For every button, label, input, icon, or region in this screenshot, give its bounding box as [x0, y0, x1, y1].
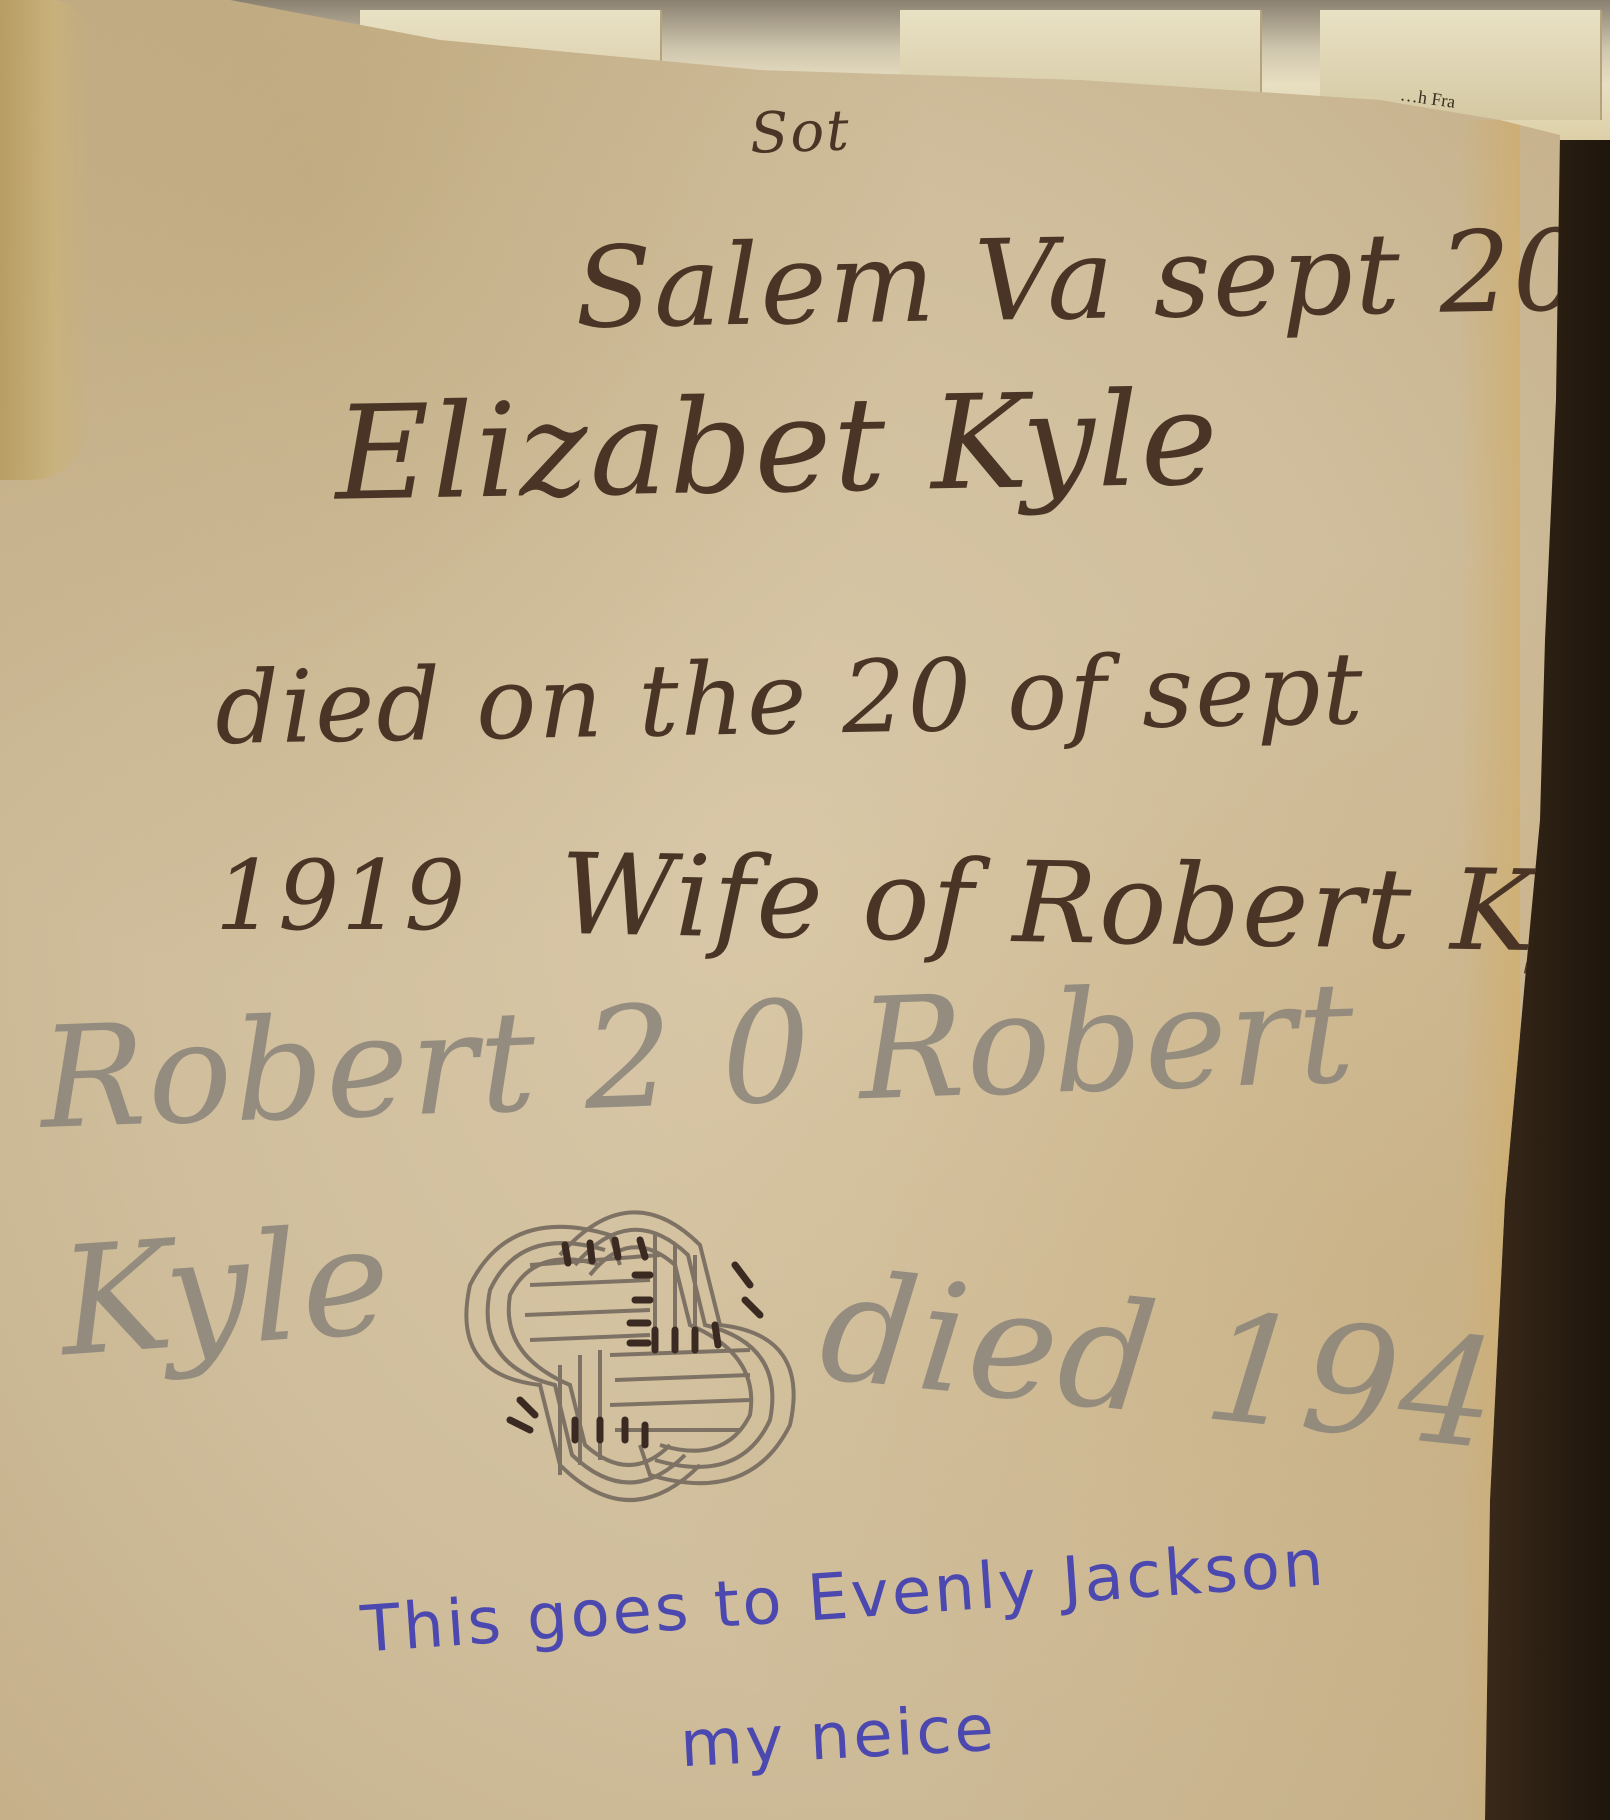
blue-line-1: This goes to Evenly Jackson	[359, 1526, 1329, 1667]
knot-doodle-icon	[450, 1175, 810, 1535]
line-wife-of: Wife of Robert Kyle	[559, 830, 1610, 980]
line-sot: Sot	[749, 98, 852, 166]
line-place-date: Salem Va sept 20	[574, 206, 1587, 354]
line-died: died on the 20 of sept	[214, 630, 1366, 767]
pencil-line-1: Robert 2 0 Robert	[38, 952, 1359, 1161]
line-name: Elizabet Kyle	[334, 362, 1221, 529]
pencil-line-2: Kyle	[54, 1194, 397, 1391]
flyleaf-page: Sot Salem Va sept 20 Elizabet Kyle died …	[0, 0, 1560, 1820]
line-year: 1919	[215, 840, 467, 952]
blue-line-2: my neice	[678, 1692, 998, 1782]
water-stain	[0, 0, 90, 480]
